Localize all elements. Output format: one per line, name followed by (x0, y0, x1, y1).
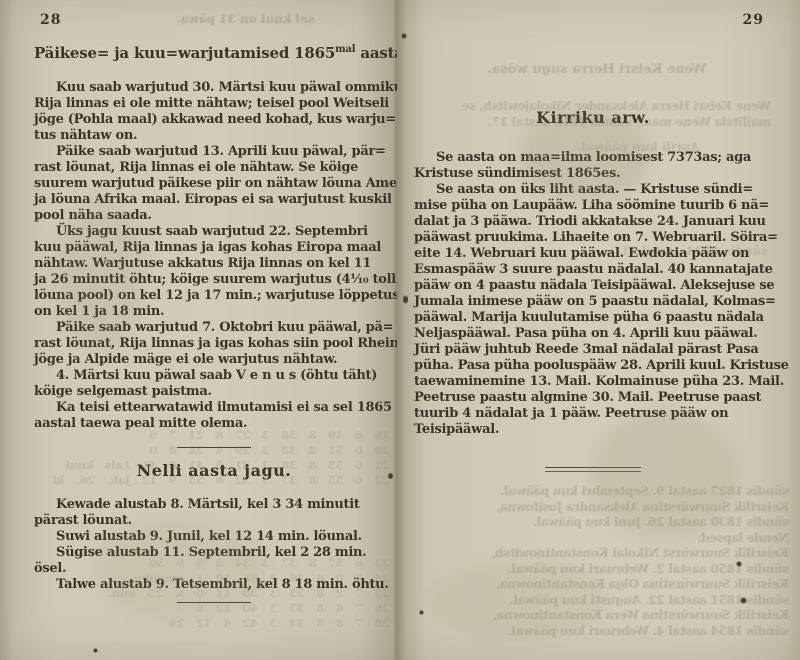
text-line: Rija linnas ei ole mitte nähtaw; teisel … (34, 96, 394, 112)
separator-rule (177, 447, 251, 448)
text-line: Ka teisi ettearwatawid ilmutamisi ei sa … (34, 400, 394, 416)
text-line: Keisrilik Suurwürst Nikolai Konstantinow… (409, 546, 789, 562)
text-line: tuurib 4 nädalat ja 1 pääw. Peetruse pää… (414, 406, 772, 422)
ink-speck (736, 561, 742, 567)
ink-speck (388, 472, 393, 480)
paper-stain (430, 560, 610, 640)
text-line: pääwal. Marija kuulutamise püha 6 paastu… (414, 310, 772, 326)
page-number-left: 28 (40, 12, 61, 28)
paragraph-moon-eclipse-march: Kuu saab warjutud 30. Märtsi kuu päwal o… (34, 80, 394, 144)
text-line: Kuu saab warjutud 30. Märtsi kuu päwal o… (34, 80, 394, 96)
text-line: pääw on 4 paastu nädala Teisipääwal. Ale… (414, 278, 772, 294)
title-text: Päikese= ja kuu=warjutamised 1865 (34, 44, 335, 62)
text-line: mise püha on Laupääw. Liha söömine tuuri… (414, 198, 772, 214)
section-title-seasons: Nelli aasta jagu. (34, 461, 394, 480)
ink-speck (93, 648, 98, 653)
text-line: Kewade alustab 8. Märtsil, kel 3 34 minu… (34, 497, 394, 513)
text-line: Neljaspääwal. Pasa püha on 4. Aprili kuu… (414, 326, 772, 342)
page-number-right: 29 (743, 12, 764, 28)
text-line: sündis 1830 aastal 26. Juni kuu pääwal. (409, 515, 789, 531)
text-line: dalat ja 3 pääwa. Triodi akkatakse 24. J… (414, 214, 772, 230)
text-line: pääwast pruukima. Lihaeite on 7. Webruar… (414, 230, 772, 246)
paper-stain (55, 200, 145, 350)
text-line: Jüri pääw juhtub Reede 3mal nädalal pära… (414, 342, 772, 358)
text-line: taewaminemine 13. Mail. Kolmainuse püha … (414, 374, 772, 390)
text-line: Päike saab warjutud 13. Aprili kuu päwal… (34, 144, 394, 160)
ink-speck (740, 597, 747, 604)
paragraph-venus: 4. Märtsi kuu päwal saab V e n u s (öhtu… (34, 368, 394, 400)
text-line: eite 14. Webruari kuu pääwal. Ewdokia pä… (414, 246, 772, 262)
bleedthrough-heading: Wene Keisri Herra sugu wösa. (437, 62, 757, 77)
text-line: köige selgemast paistma. (34, 384, 394, 400)
text-line: jöge (Pohla maal) akkawad need kohad, ku… (34, 112, 394, 128)
text-line: jöge ja Alpide mäge ei ole warjutus näht… (34, 352, 394, 368)
section-title-eclipses: Päikese= ja kuu=warjutamised 1865mal aas… (34, 44, 394, 62)
text-line: rast löunat, Rija linnas ei ole nähtaw. … (34, 160, 394, 176)
text-line: Nende lapsed: (409, 531, 789, 547)
paper-stain (520, 110, 650, 200)
text-line: Esmaspääw 3 suure paastu nädalal. 40 kan… (414, 262, 772, 278)
text-line: suurem warjutud päikese piir on nähtaw l… (34, 176, 394, 192)
text-line: Peetruse paastu algmine 30. Mail. Peetru… (414, 390, 772, 406)
book-scan: sel kuul on 31 päwa. 19 6 49 8 38 3 27 8… (0, 0, 800, 660)
text-line: tus nähtaw on. (34, 128, 394, 144)
bleedthrough-running-head: sel kuul on 31 päwa. (128, 12, 363, 26)
text-line: aastal taewa peal mitte olema. (34, 416, 394, 432)
text-line: püha. Pasa püha pooluspääw 28. Aprili ku… (414, 358, 772, 374)
text-line: 4. Märtsi kuu päwal saab V e n u s (öhtu… (34, 368, 394, 384)
paper-stain (590, 410, 740, 540)
paragraph-no-other-events: Ka teisi ettearwatawid ilmutamisi ei sa … (34, 400, 394, 432)
text-line: Jumala inimese pääw on 5 paastu nädalal,… (414, 294, 772, 310)
title-superscript: mal (335, 44, 355, 55)
ink-speck (419, 610, 424, 615)
paper-stain (95, 515, 265, 625)
ink-speck (401, 33, 407, 39)
ink-speck (403, 294, 408, 305)
paragraph-church-feasts: Se aasta on üks liht aasta. — Kristuse s… (414, 182, 772, 438)
